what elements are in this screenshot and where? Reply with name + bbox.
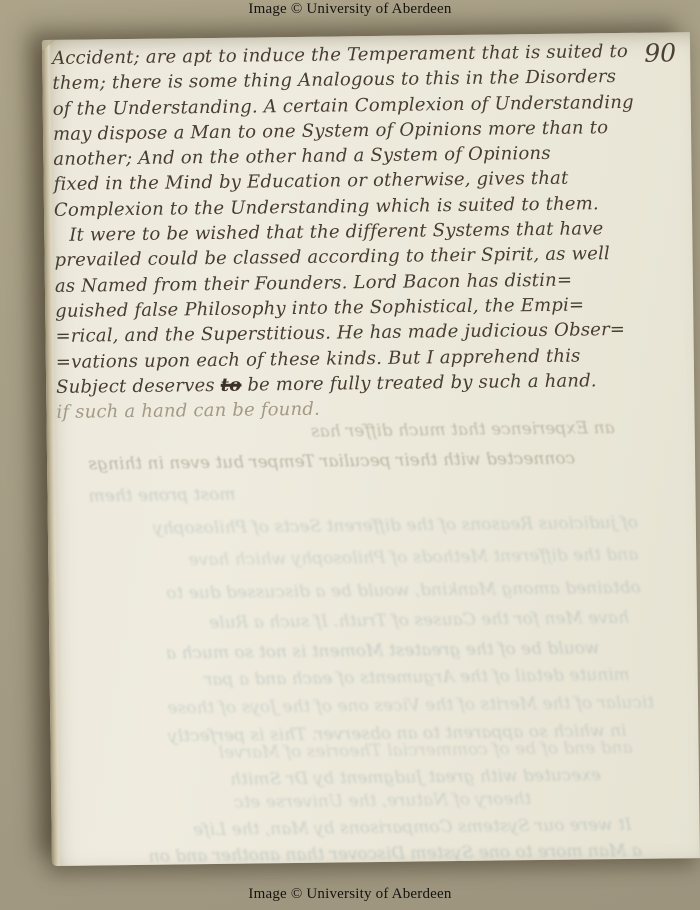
copyright-caption-bottom: Image © University of Aberdeen	[0, 886, 700, 903]
bleedthrough-line: and the different Methods of Philosophy …	[68, 545, 638, 572]
bleedthrough-line: obtained among Mankind, would be a discu…	[61, 578, 641, 605]
bleedthrough-line: most prone them	[55, 485, 235, 507]
handwritten-text: Accident; are apt to induce the Temperam…	[52, 39, 645, 426]
copyright-caption-top: Image © University of Aberdeen	[0, 1, 700, 18]
bleedthrough-line: ticular of the Merits of the Vices one o…	[74, 693, 654, 720]
bleedthrough-line: a Man more to one System Discover than a…	[62, 841, 642, 866]
bleedthrough-line: It were our Systems Comparisons by Man, …	[71, 815, 631, 842]
bleedthrough-line: theory of Nature, the Universe etc	[201, 789, 531, 813]
bleedthrough-line: minute detail of the Arguments of each a…	[70, 665, 630, 692]
line-fragment: be more fully treated by such a hand.	[241, 370, 597, 395]
bleedthrough-line: of judicious Reasons of the different Se…	[78, 513, 638, 540]
line-fragment: Subject deserves	[56, 375, 221, 398]
page-number: 90	[644, 38, 676, 67]
struck-word: to	[221, 375, 242, 396]
bleedthrough-line: executed with great Judgment by Dr Smith	[81, 765, 601, 791]
manuscript-page: 90 an Experience that much differ has co…	[42, 32, 700, 866]
bleedthrough-line: connected with their peculiar Temper but…	[55, 449, 575, 475]
scanned-manuscript-photo: Image © University of Aberdeen 90 an Exp…	[0, 0, 700, 910]
bleedthrough-line: would be of the greatest Moment is not s…	[79, 638, 599, 664]
bleedthrough-line: have Men for the Causes of Truth. If suc…	[89, 608, 629, 635]
